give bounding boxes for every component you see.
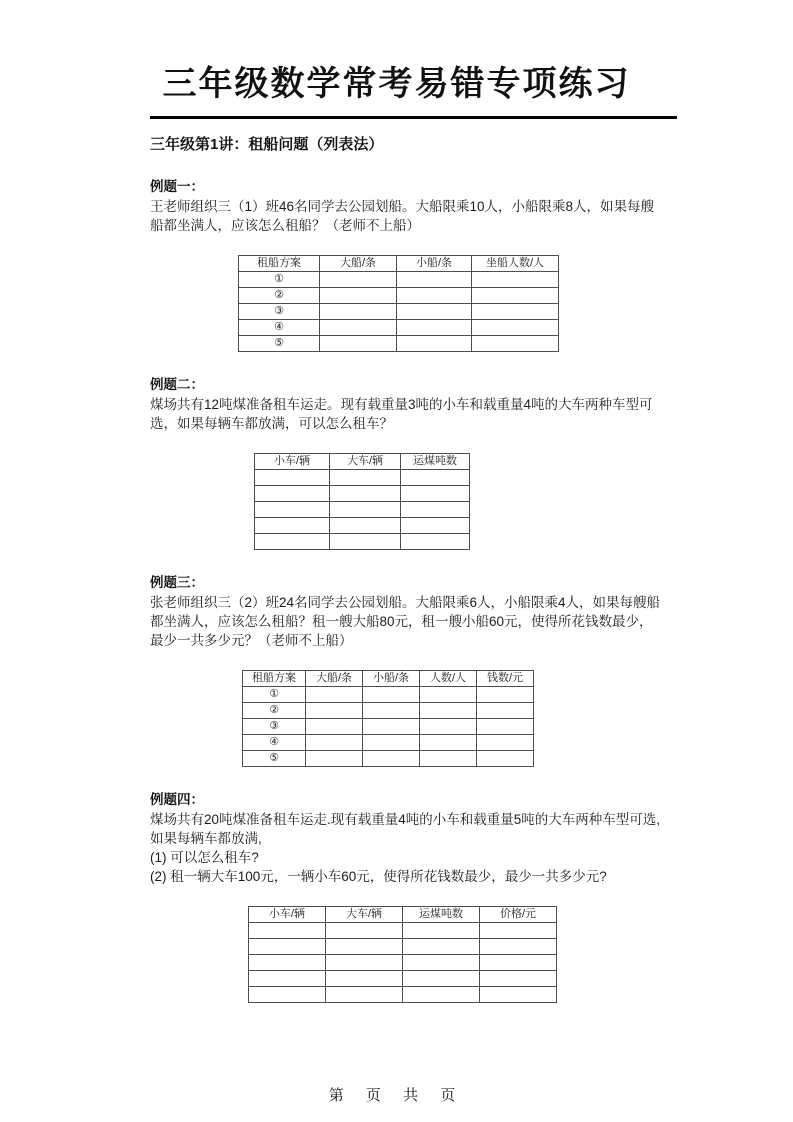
table-cell: [326, 971, 403, 987]
table-cell: [363, 703, 420, 719]
table-cell: [330, 486, 401, 502]
table-cell: [249, 939, 326, 955]
table-header-row: 小车/辆大车/辆运煤吨数价格/元: [249, 907, 557, 923]
title-divider: [150, 116, 677, 119]
table-cell: [320, 320, 397, 336]
table-row: ②: [239, 288, 559, 304]
table-cell: [420, 687, 477, 703]
table-row: ①: [239, 272, 559, 288]
table-cell: [420, 703, 477, 719]
table-row: [249, 955, 557, 971]
table-row: ③: [243, 719, 534, 735]
table-cell: [477, 687, 534, 703]
table-cell: [363, 735, 420, 751]
table-cell: [306, 703, 363, 719]
column-header: 小船/条: [363, 671, 420, 687]
page-title: 三年级数学常考易错专项练习: [0, 0, 793, 105]
table-cell: [403, 987, 480, 1003]
problem-3-table: 租船方案大船/条小船/条人数/人钱数/元①②③④⑤: [242, 670, 534, 767]
table-cell: [363, 719, 420, 735]
column-header: 大车/辆: [330, 454, 401, 470]
table-cell: [403, 923, 480, 939]
problem-2: 例题二： 煤场共有12吨煤准备租车运走。现有载重量3吨的小车和载重量4吨的大车两…: [150, 373, 690, 550]
table-row: ②: [243, 703, 534, 719]
table-cell: [306, 687, 363, 703]
table-row: ⑤: [243, 751, 534, 767]
table-cell: [480, 939, 557, 955]
table-cell: ⑤: [239, 336, 320, 352]
text-line: 最少一共多少元？（老师不上船）: [150, 631, 690, 650]
table-cell: [397, 304, 472, 320]
table-cell: [480, 987, 557, 1003]
column-header: 人数/人: [420, 671, 477, 687]
problem-1-table: 租船方案大船/条小船/条坐船人数/人①②③④⑤: [238, 255, 559, 352]
column-header: 小车/辆: [249, 907, 326, 923]
table-cell: [306, 735, 363, 751]
problem-3-label: 例题三：: [150, 571, 690, 591]
table-cell: [249, 955, 326, 971]
table-row: [255, 470, 470, 486]
table-header-row: 租船方案大船/条小船/条人数/人钱数/元: [243, 671, 534, 687]
table-cell: [480, 955, 557, 971]
text-line: 煤场共有20吨煤准备租车运走.现有载重量4吨的小车和载重量5吨的大车两种车型可选…: [150, 810, 690, 829]
column-header: 小船/条: [397, 256, 472, 272]
table-row: ④: [239, 320, 559, 336]
table-cell: [420, 719, 477, 735]
table-cell: [330, 518, 401, 534]
table-header-row: 租船方案大船/条小船/条坐船人数/人: [239, 256, 559, 272]
table-cell: [401, 534, 470, 550]
table-row: ①: [243, 687, 534, 703]
table-cell: [320, 304, 397, 320]
column-header: 租船方案: [239, 256, 320, 272]
table-cell: ①: [239, 272, 320, 288]
table-cell: [397, 336, 472, 352]
problem-4: 例题四： 煤场共有20吨煤准备租车运走.现有载重量4吨的小车和载重量5吨的大车两…: [150, 788, 690, 1003]
table-cell: [249, 987, 326, 1003]
table-cell: [255, 534, 330, 550]
column-header: 钱数/元: [477, 671, 534, 687]
text-line: 选，如果每辆车都放满，可以怎么租车？: [150, 414, 690, 433]
problem-2-table: 小车/辆大车/辆运煤吨数: [254, 453, 470, 550]
table-header-row: 小车/辆大车/辆运煤吨数: [255, 454, 470, 470]
problem-2-label: 例题二：: [150, 373, 690, 393]
table-cell: [255, 518, 330, 534]
table-cell: [326, 923, 403, 939]
column-header: 运煤吨数: [403, 907, 480, 923]
table-cell: [330, 502, 401, 518]
column-header: 大船/条: [306, 671, 363, 687]
table-cell: ②: [239, 288, 320, 304]
table-row: [255, 534, 470, 550]
table-row: [255, 486, 470, 502]
table-cell: [480, 971, 557, 987]
table-cell: [401, 486, 470, 502]
column-header: 大车/辆: [326, 907, 403, 923]
section-heading: 三年级第1讲：租船问题（列表法）: [150, 133, 793, 154]
table-cell: [255, 470, 330, 486]
problem-4-table: 小车/辆大车/辆运煤吨数价格/元: [248, 906, 557, 1003]
table-cell: [403, 971, 480, 987]
table-cell: [472, 320, 559, 336]
column-header: 价格/元: [480, 907, 557, 923]
table-cell: ①: [243, 687, 306, 703]
table-cell: [249, 971, 326, 987]
table-cell: [420, 735, 477, 751]
table-row: [255, 502, 470, 518]
table-cell: [477, 719, 534, 735]
table-cell: ③: [239, 304, 320, 320]
column-header: 小车/辆: [255, 454, 330, 470]
table-cell: ③: [243, 719, 306, 735]
table-cell: [363, 687, 420, 703]
table-cell: [477, 735, 534, 751]
table-cell: [472, 288, 559, 304]
problem-3: 例题三： 张老师组织三（2）班24名同学去公园划船。大船限乘6人，小船限乘4人，…: [150, 571, 690, 767]
table-cell: [320, 336, 397, 352]
page-footer: 第 页 共 页: [0, 1084, 793, 1105]
table-row: [249, 987, 557, 1003]
text-line: 王老师组织三（1）班46名同学去公园划船。大船限乘10人，小船限乘8人，如果每艘: [150, 197, 690, 216]
table-cell: ②: [243, 703, 306, 719]
table-row: [255, 518, 470, 534]
table-cell: ⑤: [243, 751, 306, 767]
table-cell: [472, 304, 559, 320]
table-row: [249, 971, 557, 987]
column-header: 运煤吨数: [401, 454, 470, 470]
table-cell: [420, 751, 477, 767]
table-row: [249, 939, 557, 955]
table-cell: [401, 470, 470, 486]
text-line: (1) 可以怎么租车?: [150, 848, 690, 867]
worksheet-page: 三年级数学常考易错专项练习 三年级第1讲：租船问题（列表法） 例题一： 王老师组…: [0, 0, 793, 1122]
table-row: ③: [239, 304, 559, 320]
problem-1-text: 王老师组织三（1）班46名同学去公园划船。大船限乘10人，小船限乘8人，如果每艘…: [150, 197, 690, 235]
problem-4-text: 煤场共有20吨煤准备租车运走.现有载重量4吨的小车和载重量5吨的大车两种车型可选…: [150, 810, 690, 886]
table-cell: [326, 939, 403, 955]
text-line: 都坐满人，应该怎么租船？租一艘大船80元，租一艘小船60元，使得所花钱数最少，: [150, 612, 690, 631]
table-cell: [255, 486, 330, 502]
table-row: [249, 923, 557, 939]
table-cell: [472, 336, 559, 352]
problem-1: 例题一： 王老师组织三（1）班46名同学去公园划船。大船限乘10人，小船限乘8人…: [150, 175, 690, 352]
table-cell: [320, 272, 397, 288]
table-cell: [480, 923, 557, 939]
table-cell: [403, 939, 480, 955]
problem-4-label: 例题四：: [150, 788, 690, 808]
table-cell: [403, 955, 480, 971]
table-cell: [326, 955, 403, 971]
table-cell: [397, 272, 472, 288]
table-cell: [397, 320, 472, 336]
table-row: ⑤: [239, 336, 559, 352]
problem-1-label: 例题一：: [150, 175, 690, 195]
table-cell: [477, 751, 534, 767]
table-cell: [330, 470, 401, 486]
table-cell: [255, 502, 330, 518]
table-cell: [397, 288, 472, 304]
table-cell: [401, 502, 470, 518]
text-line: (2) 租一辆大车100元，一辆小车60元，使得所花钱数最少，最少一共多少元?: [150, 867, 690, 886]
table-cell: ④: [243, 735, 306, 751]
problem-2-text: 煤场共有12吨煤准备租车运走。现有载重量3吨的小车和载重量4吨的大车两种车型可选…: [150, 395, 690, 433]
text-line: 张老师组织三（2）班24名同学去公园划船。大船限乘6人，小船限乘4人，如果每艘船: [150, 593, 690, 612]
table-cell: ④: [239, 320, 320, 336]
table-cell: [401, 518, 470, 534]
table-cell: [249, 923, 326, 939]
table-row: ④: [243, 735, 534, 751]
table-cell: [472, 272, 559, 288]
text-line: 煤场共有12吨煤准备租车运走。现有载重量3吨的小车和载重量4吨的大车两种车型可: [150, 395, 690, 414]
table-cell: [477, 703, 534, 719]
table-cell: [306, 719, 363, 735]
column-header: 大船/条: [320, 256, 397, 272]
text-line: 如果每辆车都放满,: [150, 829, 690, 848]
table-cell: [363, 751, 420, 767]
problem-3-text: 张老师组织三（2）班24名同学去公园划船。大船限乘6人，小船限乘4人，如果每艘船…: [150, 593, 690, 650]
table-cell: [326, 987, 403, 1003]
column-header: 坐船人数/人: [472, 256, 559, 272]
table-cell: [320, 288, 397, 304]
table-cell: [306, 751, 363, 767]
table-cell: [330, 534, 401, 550]
text-line: 船都坐满人，应该怎么租船？（老师不上船）: [150, 216, 690, 235]
column-header: 租船方案: [243, 671, 306, 687]
